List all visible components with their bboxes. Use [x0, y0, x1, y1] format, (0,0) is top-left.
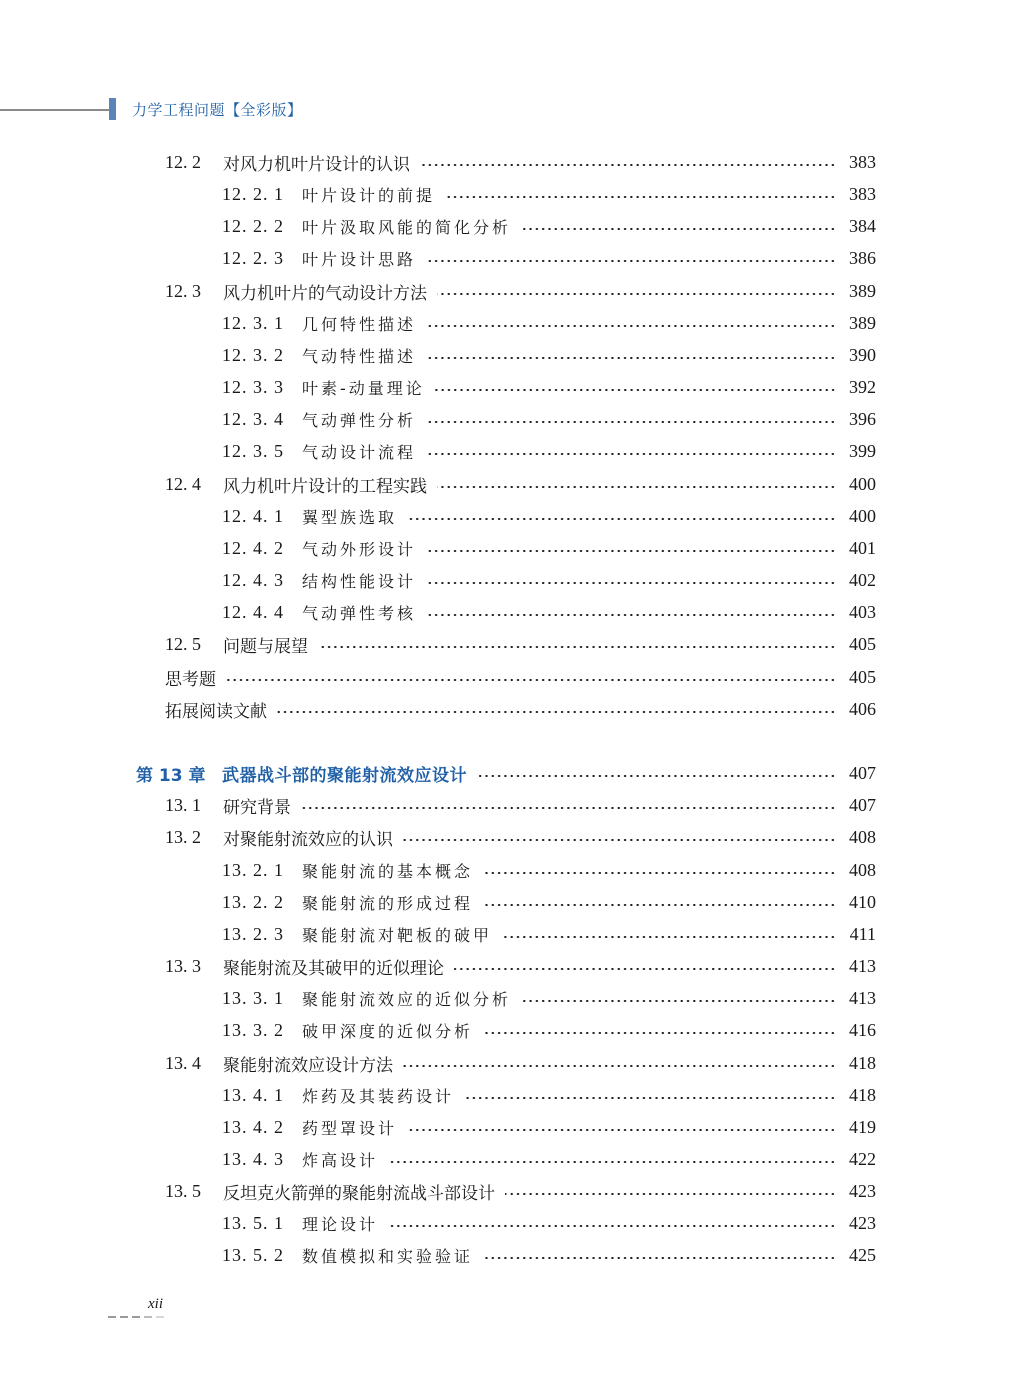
folio-page-number: xii [148, 1296, 163, 1313]
dot-leader [407, 1129, 836, 1131]
dot-leader [426, 582, 836, 584]
dot-leader [388, 1225, 836, 1227]
page-number: 407 [846, 763, 876, 784]
toc-entry-13-3-1[interactable]: 13. 3. 1 聚能射流效应的近似分析 413 [222, 982, 876, 1014]
dot-leader [483, 872, 836, 874]
page-number: 405 [846, 667, 876, 688]
dot-leader [483, 1032, 836, 1034]
section-number: 13. 3. 1 [222, 988, 302, 1009]
section-title: 对风力机叶片设计的认识 [223, 150, 410, 175]
section-title: 聚能射流效应设计方法 [223, 1051, 393, 1076]
section-title: 聚能射流及其破甲的近似理论 [223, 954, 444, 979]
dot-leader [435, 389, 836, 391]
section-title: 聚能射流对靶板的破甲 [302, 923, 492, 946]
section-title: 思考题 [165, 665, 216, 690]
toc-entry-13-3-2[interactable]: 13. 3. 2 破甲深度的近似分析 416 [222, 1014, 876, 1046]
dot-leader [277, 711, 836, 713]
section-title: 叶片汲取风能的简化分析 [302, 215, 511, 238]
dot-leader [483, 1257, 836, 1259]
page-number: 400 [846, 506, 876, 527]
toc-entry-12-4-4[interactable]: 12. 4. 4 气动弹性考核 403 [222, 596, 876, 628]
section-title: 气动弹性分析 [302, 408, 416, 431]
section-number: 13. 5. 2 [222, 1245, 302, 1266]
section-title: 聚能射流效应的近似分析 [302, 987, 511, 1010]
page-number: 406 [846, 699, 876, 720]
toc-entry-13-4-1[interactable]: 13. 4. 1 炸药及其装药设计 418 [222, 1079, 876, 1111]
dot-leader [420, 164, 836, 166]
toc-entry-13-4[interactable]: 13. 4 聚能射流效应设计方法 418 [165, 1047, 876, 1079]
dot-leader [437, 486, 836, 488]
page-number: 405 [846, 634, 876, 655]
page-number: 413 [846, 956, 876, 977]
chapter-title: 武器战斗部的聚能射流效应设计 [222, 761, 467, 786]
page-number: 423 [846, 1213, 876, 1234]
section-number: 12. 3. 2 [222, 345, 302, 366]
page-number: 399 [846, 441, 876, 462]
toc-entry-12-2-3[interactable]: 12. 2. 3 叶片设计思路 386 [222, 242, 876, 274]
section-title: 结构性能设计 [302, 569, 416, 592]
dot-leader [301, 807, 836, 809]
toc-entry-13-4-2[interactable]: 13. 4. 2 药型罩设计 419 [222, 1111, 876, 1143]
toc-entry-12-4[interactable]: 12. 4 风力机叶片设计的工程实践 400 [165, 468, 876, 500]
section-title: 理论设计 [302, 1212, 378, 1235]
toc-entry-13-5-1[interactable]: 13. 5. 1 理论设计 423 [222, 1207, 876, 1239]
section-title: 聚能射流的基本概念 [302, 859, 473, 882]
dot-leader [505, 1193, 836, 1195]
section-number: 12. 5 [165, 634, 223, 655]
section-number: 12. 4. 2 [222, 538, 302, 559]
page-number: 389 [846, 313, 876, 334]
section-number: 12. 2. 3 [222, 248, 302, 269]
page-number: 401 [846, 538, 876, 559]
page-number: 403 [846, 602, 876, 623]
page-number: 408 [846, 827, 876, 848]
section-title: 炸高设计 [302, 1148, 378, 1171]
section-title: 聚能射流的形成过程 [302, 891, 473, 914]
section-number: 13. 5 [165, 1181, 223, 1202]
toc-entry-13-5[interactable]: 13. 5 反坦克火箭弹的聚能射流战斗部设计 423 [165, 1175, 876, 1207]
section-number: 13. 3 [165, 956, 223, 977]
section-title: 风力机叶片的气动设计方法 [223, 279, 427, 304]
dot-leader [407, 518, 836, 520]
toc-entry-12-4-1[interactable]: 12. 4. 1 翼型族选取 400 [222, 500, 876, 532]
dot-leader [483, 904, 836, 906]
section-title: 拓展阅读文献 [165, 697, 267, 722]
section-number: 13. 5. 1 [222, 1213, 302, 1234]
dot-leader [521, 1000, 836, 1002]
toc-entry-13-1[interactable]: 13. 1 研究背景 407 [165, 789, 876, 821]
dot-leader [426, 325, 836, 327]
page-number: 425 [846, 1245, 876, 1266]
section-number: 12. 4. 1 [222, 506, 302, 527]
toc-entry-12-2-1[interactable]: 12. 2. 1 叶片设计的前提 383 [222, 178, 876, 210]
section-title: 气动弹性考核 [302, 601, 416, 624]
page-number: 410 [846, 892, 876, 913]
chapter-number: 第 13 章 [136, 761, 222, 786]
toc-entry-12-3-3[interactable]: 12. 3. 3 叶素-动量理论 392 [222, 371, 876, 403]
page-number: 396 [846, 409, 876, 430]
section-number: 12. 3. 3 [222, 377, 302, 398]
section-title: 数值模拟和实验验证 [302, 1244, 473, 1267]
dot-leader [454, 968, 836, 970]
dot-leader [426, 357, 836, 359]
section-number: 13. 2 [165, 827, 223, 848]
page-number: 383 [846, 152, 876, 173]
page-number: 386 [846, 248, 876, 269]
page-number: 418 [846, 1053, 876, 1074]
section-number: 13. 3. 2 [222, 1020, 302, 1041]
running-header: 力学工程问题【全彩版】 [0, 98, 400, 122]
section-title: 反坦克火箭弹的聚能射流战斗部设计 [223, 1179, 495, 1204]
page-number: 419 [846, 1117, 876, 1138]
section-number: 12. 2 [165, 152, 223, 173]
toc-entry-12-2-2[interactable]: 12. 2. 2 叶片汲取风能的简化分析 384 [222, 210, 876, 242]
section-number: 13. 4. 1 [222, 1085, 302, 1106]
dot-leader [403, 1065, 836, 1067]
dot-leader [521, 228, 836, 230]
toc-entry-13-2-2[interactable]: 13. 2. 2 聚能射流的形成过程 410 [222, 886, 876, 918]
section-number: 12. 3. 1 [222, 313, 302, 334]
section-number: 12. 4 [165, 474, 223, 495]
toc-entry-12-3-4[interactable]: 12. 3. 4 气动弹性分析 396 [222, 403, 876, 435]
dot-leader [426, 421, 836, 423]
page-number: 392 [846, 377, 876, 398]
section-number: 12. 4. 4 [222, 602, 302, 623]
section-title: 药型罩设计 [302, 1116, 397, 1139]
section-number: 12. 3. 4 [222, 409, 302, 430]
dot-leader [226, 679, 836, 681]
page-number: 411 [846, 924, 876, 945]
toc-entry-13-2-3[interactable]: 13. 2. 3 聚能射流对靶板的破甲 411 [222, 918, 876, 950]
page-number: 418 [846, 1085, 876, 1106]
toc-entry-12-3-5[interactable]: 12. 3. 5 气动设计流程 399 [222, 435, 876, 467]
toc-entry-further-reading[interactable]: 拓展阅读文献 406 [165, 693, 876, 725]
dot-leader [403, 839, 836, 841]
section-title: 气动设计流程 [302, 440, 416, 463]
toc-entry-13-5-2[interactable]: 13. 5. 2 数值模拟和实验验证 425 [222, 1239, 876, 1271]
page-number: 390 [846, 345, 876, 366]
dot-leader [426, 550, 836, 552]
toc-entry-13-3[interactable]: 13. 3 聚能射流及其破甲的近似理论 413 [165, 950, 876, 982]
toc-entry-12-5[interactable]: 12. 5 问题与展望 405 [165, 628, 876, 660]
section-title: 风力机叶片设计的工程实践 [223, 472, 427, 497]
page-number: 423 [846, 1181, 876, 1202]
page-number: 416 [846, 1020, 876, 1041]
section-title: 气动外形设计 [302, 537, 416, 560]
toc-entry-12-4-2[interactable]: 12. 4. 2 气动外形设计 401 [222, 532, 876, 564]
section-number: 12. 2. 2 [222, 216, 302, 237]
section-number: 13. 4. 2 [222, 1117, 302, 1138]
section-title: 问题与展望 [223, 632, 308, 657]
toc-entry-12-4-3[interactable]: 12. 4. 3 结构性能设计 402 [222, 564, 876, 596]
footer-dash-ornament [108, 1316, 164, 1318]
dot-leader [426, 260, 836, 262]
section-number: 12. 4. 3 [222, 570, 302, 591]
book-title: 力学工程问题【全彩版】 [132, 99, 303, 120]
page-number: 402 [846, 570, 876, 591]
section-title: 对聚能射流效应的认识 [223, 825, 393, 850]
dot-leader [426, 614, 836, 616]
header-rule [0, 109, 110, 111]
toc-entry-12-3-2[interactable]: 12. 3. 2 气动特性描述 390 [222, 339, 876, 371]
toc-entry-13-2[interactable]: 13. 2 对聚能射流效应的认识 408 [165, 821, 876, 853]
dot-leader [388, 1161, 836, 1163]
section-number: 12. 3 [165, 281, 223, 302]
section-number: 13. 1 [165, 795, 223, 816]
page-number: 400 [846, 474, 876, 495]
toc-entry-12-3[interactable]: 12. 3 风力机叶片的气动设计方法 389 [165, 275, 876, 307]
page-number: 384 [846, 216, 876, 237]
section-number: 13. 4 [165, 1053, 223, 1074]
section-number: 13. 2. 1 [222, 860, 302, 881]
toc-entry-exercises[interactable]: 思考题 405 [165, 661, 876, 693]
dot-leader [445, 196, 836, 198]
dot-leader [502, 936, 836, 938]
toc-entry-13-2-1[interactable]: 13. 2. 1 聚能射流的基本概念 408 [222, 854, 876, 886]
section-title: 翼型族选取 [302, 505, 397, 528]
section-number: 13. 2. 2 [222, 892, 302, 913]
page-number: 408 [846, 860, 876, 881]
dot-leader [437, 293, 836, 295]
dot-leader [464, 1097, 836, 1099]
section-title: 叶片设计思路 [302, 247, 416, 270]
page-number: 407 [846, 795, 876, 816]
section-number: 12. 3. 5 [222, 441, 302, 462]
toc-chapter-13[interactable]: 第 13 章 武器战斗部的聚能射流效应设计 407 [136, 757, 876, 789]
section-number: 13. 2. 3 [222, 924, 302, 945]
section-title: 破甲深度的近似分析 [302, 1019, 473, 1042]
toc-entry-12-2[interactable]: 12. 2 对风力机叶片设计的认识 383 [165, 146, 876, 178]
page-number: 413 [846, 988, 876, 1009]
dot-leader [318, 646, 836, 648]
dot-leader [477, 775, 836, 777]
toc-entry-12-3-1[interactable]: 12. 3. 1 几何特性描述 389 [222, 307, 876, 339]
section-number: 13. 4. 3 [222, 1149, 302, 1170]
section-title: 叶素-动量理论 [302, 376, 425, 399]
section-title: 几何特性描述 [302, 312, 416, 335]
header-accent-bar [109, 98, 116, 120]
page-number: 383 [846, 184, 876, 205]
page-number: 389 [846, 281, 876, 302]
section-number: 12. 2. 1 [222, 184, 302, 205]
section-title: 气动特性描述 [302, 344, 416, 367]
dot-leader [426, 453, 836, 455]
page-number: 422 [846, 1149, 876, 1170]
section-title: 炸药及其装药设计 [302, 1084, 454, 1107]
section-title: 叶片设计的前提 [302, 183, 435, 206]
toc-entry-13-4-3[interactable]: 13. 4. 3 炸高设计 422 [222, 1143, 876, 1175]
section-title: 研究背景 [223, 793, 291, 818]
